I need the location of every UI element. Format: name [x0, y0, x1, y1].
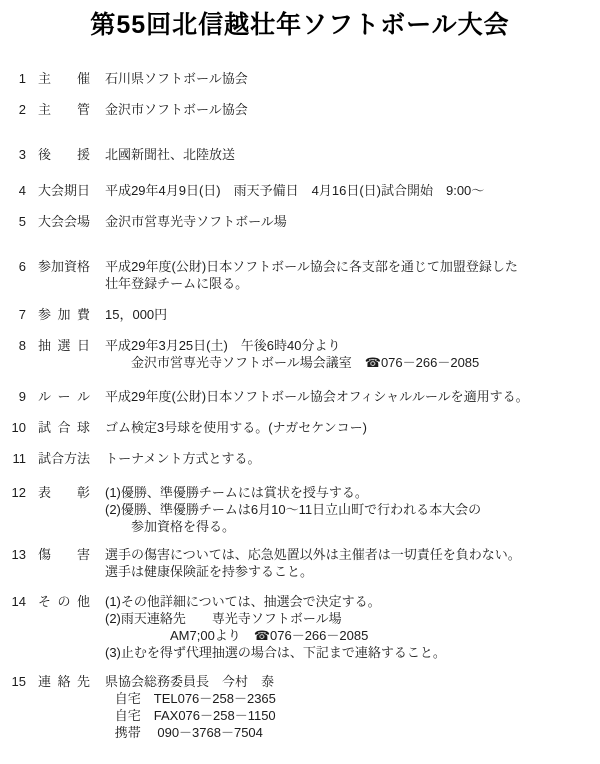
- item-label-char: 連: [38, 673, 51, 690]
- item-label-char: 日: [77, 337, 90, 354]
- item-label-char: 会: [64, 213, 77, 230]
- item-content: 金沢市ソフトボール協会: [105, 101, 600, 118]
- item-line: AM7;00より ☎076－266－2085: [105, 627, 600, 644]
- item-label-char: 催: [77, 70, 90, 87]
- item-content: 選手の傷害については、応急処置以外は主催者は一切責任を負わない。選手は健康保険証…: [105, 546, 600, 580]
- item-number: 8: [0, 337, 26, 354]
- item-label-char: 主: [38, 70, 51, 87]
- item-line: 壮年登録チームに限る。: [105, 275, 600, 292]
- item-number: 12: [0, 484, 26, 501]
- item-label-char: 彰: [77, 484, 90, 501]
- item-line: (1)その他詳細については、抽選会で決定する。: [105, 593, 600, 610]
- list-item: 8 抽選日 平成29年3月25日(土) 午後6時40分より金沢市営専光寺ソフトボ…: [0, 337, 600, 371]
- item-line: 金沢市営専光寺ソフトボール場会議室 ☎076－266－2085: [105, 354, 600, 371]
- item-label-char: 加: [51, 258, 64, 275]
- item-label: 大会期日: [38, 182, 90, 199]
- item-line: (3)止むを得ず代理抽選の場合は、下記まで連絡すること。: [105, 644, 600, 661]
- item-label-char: 日: [77, 182, 90, 199]
- item-line: 15，000円: [105, 306, 600, 323]
- item-number: 9: [0, 388, 26, 405]
- item-label: 後援: [38, 146, 90, 163]
- item-line: 金沢市ソフトボール協会: [105, 101, 600, 118]
- item-label-char: 法: [77, 450, 90, 467]
- item-content: (1)その他詳細については、抽選会で決定する。(2)雨天連絡先 専光寺ソフトボー…: [105, 593, 600, 661]
- item-line: (1)優勝、準優勝チームには賞状を授与する。: [105, 484, 600, 501]
- item-content: 平成29年4月9日(日) 雨天予備日 4月16日(日)試合開始 9:00～: [105, 182, 600, 199]
- item-label-char: そ: [38, 593, 51, 610]
- item-content: 平成29年度(公財)日本ソフトボール協会に各支部を通じて加盟登録した壮年登録チー…: [105, 258, 600, 292]
- item-label-char: 援: [77, 146, 90, 163]
- item-line: 平成29年度(公財)日本ソフトボール協会オフィシャルルールを適用する。: [105, 388, 600, 405]
- item-label: ルール: [38, 388, 90, 405]
- item-label-char: 球: [77, 419, 90, 436]
- item-line: 自宅 FAX076－258－1150: [105, 707, 600, 724]
- item-number: 3: [0, 146, 26, 163]
- item-label: 表彰: [38, 484, 90, 501]
- item-line: 参加資格を得る。: [105, 518, 600, 535]
- list-item: 1 主催 石川県ソフトボール協会: [0, 70, 600, 87]
- item-label-char: 格: [77, 258, 90, 275]
- list-item: 10 試合球 ゴム検定3号球を使用する。(ナガセケンコー): [0, 419, 600, 436]
- item-label-char: 管: [77, 101, 90, 118]
- item-content: 金沢市営専光寺ソフトボール場: [105, 213, 600, 230]
- item-line: 県協会総務委員長 今村 泰: [105, 673, 600, 690]
- item-line: 北國新聞社、北陸放送: [105, 146, 600, 163]
- item-label-char: 先: [77, 673, 90, 690]
- item-number: 7: [0, 306, 26, 323]
- item-label-char: 場: [77, 213, 90, 230]
- item-label-char: ル: [38, 388, 51, 405]
- item-label-char: 絡: [57, 673, 70, 690]
- item-label-char: 費: [77, 306, 90, 323]
- item-label: 試合球: [38, 419, 90, 436]
- item-label-char: 大: [38, 213, 51, 230]
- item-content: 平成29年度(公財)日本ソフトボール協会オフィシャルルールを適用する。: [105, 388, 600, 405]
- list-item: 2 主管 金沢市ソフトボール協会: [0, 101, 600, 118]
- item-number: 15: [0, 673, 26, 690]
- item-label-char: 加: [57, 306, 70, 323]
- item-number: 14: [0, 593, 26, 610]
- item-content: 15，000円: [105, 306, 600, 323]
- item-label-char: 試: [38, 450, 51, 467]
- item-label: 試合方法: [38, 450, 90, 467]
- list-item: 11 試合方法 トーナメント方式とする。: [0, 450, 600, 467]
- item-label: 連絡先: [38, 673, 90, 690]
- page-title: 第55回北信越壮年ソフトボール大会: [0, 8, 600, 42]
- item-label-char: 期: [64, 182, 77, 199]
- item-number: 1: [0, 70, 26, 87]
- item-label-char: 大: [38, 182, 51, 199]
- list-item: 6 参加資格 平成29年度(公財)日本ソフトボール協会に各支部を通じて加盟登録し…: [0, 258, 600, 292]
- item-label: 大会会場: [38, 213, 90, 230]
- item-content: 北國新聞社、北陸放送: [105, 146, 600, 163]
- list-item: 15 連絡先 県協会総務委員長 今村 泰自宅 TEL076－258－2365自宅…: [0, 673, 600, 741]
- item-label-char: 資: [64, 258, 77, 275]
- item-line: 平成29年度(公財)日本ソフトボール協会に各支部を通じて加盟登録した: [105, 258, 600, 275]
- list-item: 7 参加費 15，000円: [0, 306, 600, 323]
- item-line: 平成29年3月25日(土) 午後6時40分より: [105, 337, 600, 354]
- item-content: トーナメント方式とする。: [105, 450, 600, 467]
- item-label-char: 方: [64, 450, 77, 467]
- item-label: 参加費: [38, 306, 90, 323]
- list-item: 5 大会会場 金沢市営専光寺ソフトボール場: [0, 213, 600, 230]
- list-item: 14 その他 (1)その他詳細については、抽選会で決定する。(2)雨天連絡先 専…: [0, 593, 600, 661]
- item-label-char: 他: [77, 593, 90, 610]
- item-line: トーナメント方式とする。: [105, 450, 600, 467]
- item-content: 平成29年3月25日(土) 午後6時40分より金沢市営専光寺ソフトボール場会議室…: [105, 337, 600, 371]
- item-line: 金沢市営専光寺ソフトボール場: [105, 213, 600, 230]
- item-number: 2: [0, 101, 26, 118]
- item-number: 13: [0, 546, 26, 563]
- item-label-char: 参: [38, 258, 51, 275]
- item-label: 参加資格: [38, 258, 90, 275]
- item-label: 傷害: [38, 546, 90, 563]
- numbered-item-list: 1 主催 石川県ソフトボール協会 2 主管 金沢市ソフトボール協会 3 後援 北…: [0, 70, 600, 741]
- item-line: 平成29年4月9日(日) 雨天予備日 4月16日(日)試合開始 9:00～: [105, 182, 600, 199]
- item-number: 4: [0, 182, 26, 199]
- item-label: 抽選日: [38, 337, 90, 354]
- item-label-char: ー: [57, 388, 70, 405]
- item-label-char: 試: [38, 419, 51, 436]
- list-item: 13 傷害 選手の傷害については、応急処置以外は主催者は一切責任を負わない。選手…: [0, 546, 600, 580]
- item-line: 石川県ソフトボール協会: [105, 70, 600, 87]
- item-label-char: ル: [77, 388, 90, 405]
- item-line: 自宅 TEL076－258－2365: [105, 690, 600, 707]
- item-line: (2)雨天連絡先 専光寺ソフトボール場: [105, 610, 600, 627]
- item-label-char: 害: [77, 546, 90, 563]
- item-number: 5: [0, 213, 26, 230]
- item-label-char: 抽: [38, 337, 51, 354]
- list-item: 3 後援 北國新聞社、北陸放送: [0, 146, 600, 163]
- item-line: 選手は健康保険証を持参すること。: [105, 563, 600, 580]
- item-line: 選手の傷害については、応急処置以外は主催者は一切責任を負わない。: [105, 546, 600, 563]
- item-label-char: 会: [51, 213, 64, 230]
- item-line: 携帯 090－3768－7504: [105, 724, 600, 741]
- list-item: 4 大会期日 平成29年4月9日(日) 雨天予備日 4月16日(日)試合開始 9…: [0, 182, 600, 199]
- item-label-char: 表: [38, 484, 51, 501]
- item-number: 10: [0, 419, 26, 436]
- item-label-char: 選: [57, 337, 70, 354]
- item-content: (1)優勝、準優勝チームには賞状を授与する。(2)優勝、準優勝チームは6月10～…: [105, 484, 600, 535]
- item-label: 主管: [38, 101, 90, 118]
- phone-icon: ☎: [365, 355, 381, 370]
- item-content: 石川県ソフトボール協会: [105, 70, 600, 87]
- list-item: 12 表彰 (1)優勝、準優勝チームには賞状を授与する。(2)優勝、準優勝チーム…: [0, 484, 600, 535]
- item-content: ゴム検定3号球を使用する。(ナガセケンコー): [105, 419, 600, 436]
- item-line: (2)優勝、準優勝チームは6月10～11日立山町で行われる本大会の: [105, 501, 600, 518]
- document-page: 第55回北信越壮年ソフトボール大会 1 主催 石川県ソフトボール協会 2 主管 …: [0, 0, 600, 764]
- item-label: 主催: [38, 70, 90, 87]
- phone-icon: ☎: [254, 628, 270, 643]
- item-line: ゴム検定3号球を使用する。(ナガセケンコー): [105, 419, 600, 436]
- item-number: 11: [0, 450, 26, 467]
- item-label-char: 主: [38, 101, 51, 118]
- item-label-char: 参: [38, 306, 51, 323]
- list-item: 9 ルール 平成29年度(公財)日本ソフトボール協会オフィシャルルールを適用する…: [0, 388, 600, 405]
- item-label-char: 合: [51, 450, 64, 467]
- item-label-char: 傷: [38, 546, 51, 563]
- item-number: 6: [0, 258, 26, 275]
- item-label-char: 会: [51, 182, 64, 199]
- item-label: その他: [38, 593, 90, 610]
- item-content: 県協会総務委員長 今村 泰自宅 TEL076－258－2365自宅 FAX076…: [105, 673, 600, 741]
- item-label-char: 合: [57, 419, 70, 436]
- item-label-char: の: [57, 593, 70, 610]
- item-label-char: 後: [38, 146, 51, 163]
